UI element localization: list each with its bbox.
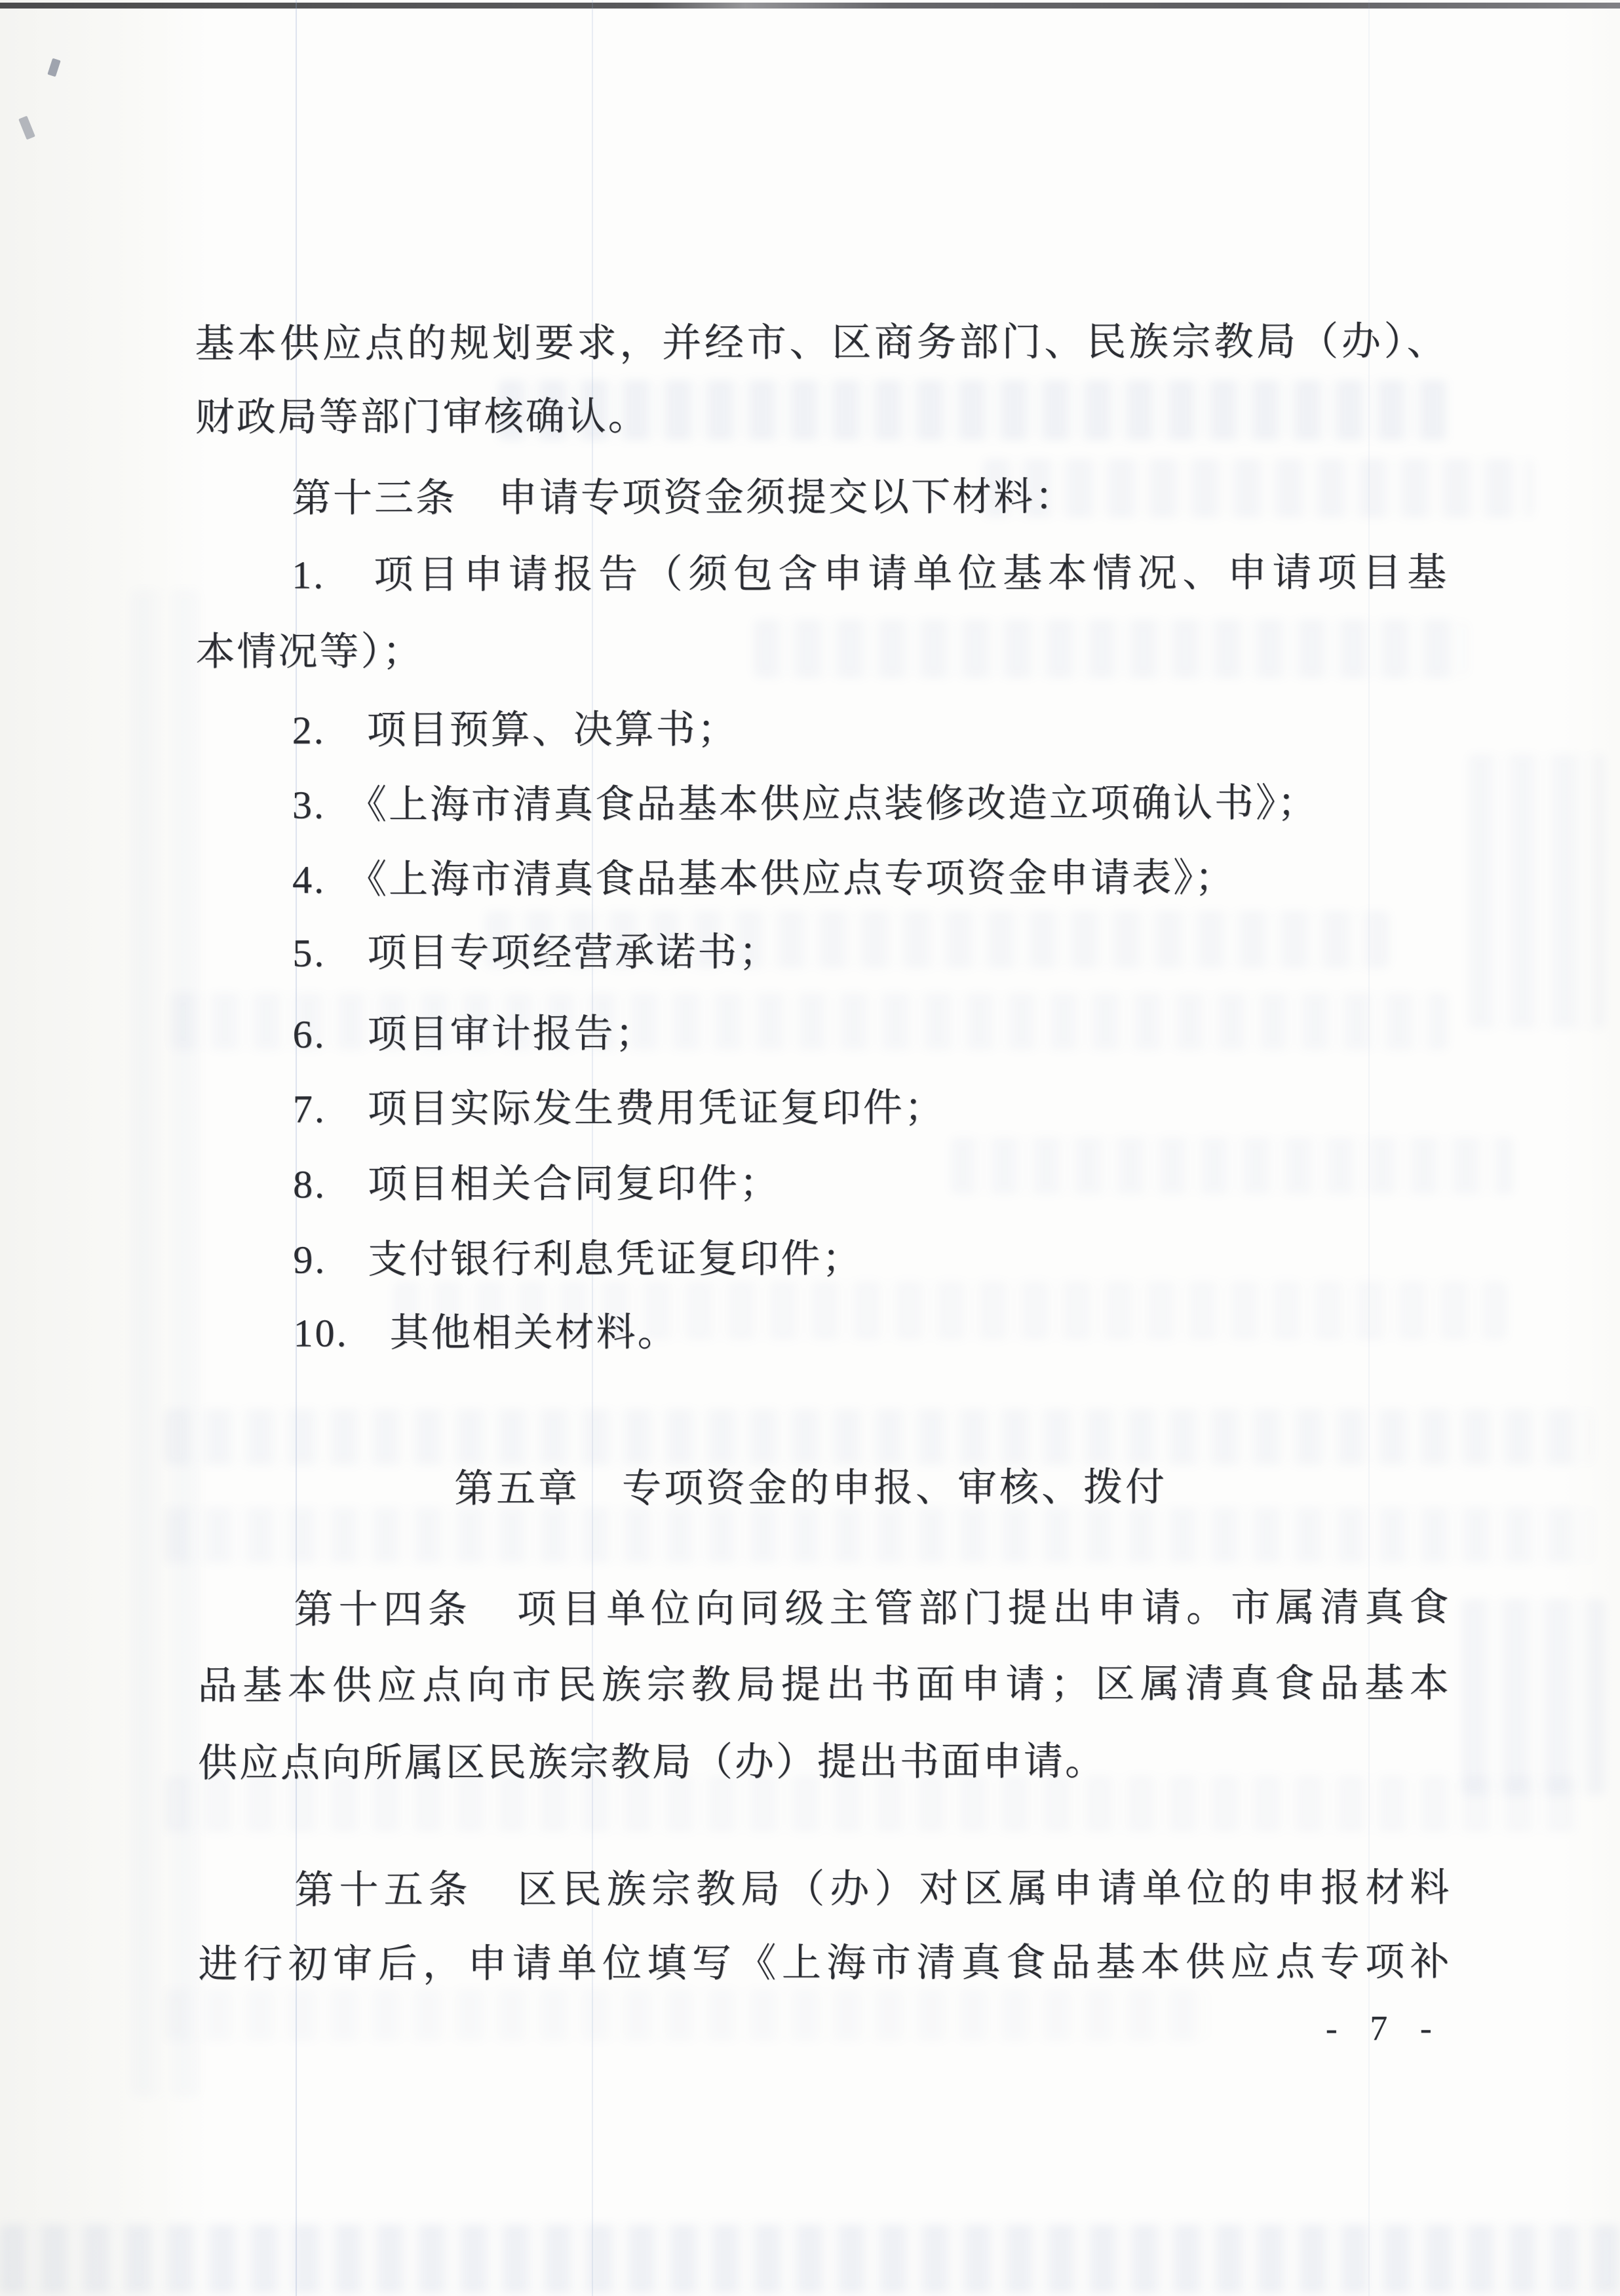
list-item-1-line-2: 本情况等）；: [195, 628, 423, 675]
intro-paragraph-line-2: 财政局等部门审核确认。: [195, 394, 649, 440]
article-14-line-3: 供应点向所属区民族宗教局（办）提出书面申请。: [198, 1738, 1106, 1786]
article-15-line-1: 第十五条 区民族宗教局（办）对区属申请单位的申报材料: [294, 1865, 1451, 1913]
article-14-line-2: 品基本供应点向市民族宗教局提出书面申请；区属清真食品基本: [198, 1660, 1451, 1709]
list-item-7: 7. 项目实际发生费用凭证复印件；: [293, 1085, 946, 1132]
article-13-heading: 第十三条 申请专项资金须提交以下材料：: [292, 474, 1076, 522]
list-item-3: 3. 《上海市清真食品基本供应点装修改造立项确认书》；: [292, 780, 1319, 828]
chapter-5-heading: 第五章 专项资金的申报、审核、拨付: [1, 1463, 1620, 1512]
list-item-10: 10. 其他相关材料。: [294, 1309, 679, 1356]
list-item-5: 5. 项目专项经营承诺书；: [292, 929, 780, 976]
text-layer: 基本供应点的规划要求，并经市、区商务部门、民族宗教局（办）、 财政局等部门审核确…: [0, 0, 1620, 2296]
article-14-line-1: 第十四条 项目单位向同级主管部门提出申请。市属清真食: [294, 1584, 1450, 1633]
intro-paragraph-line-1: 基本供应点的规划要求，并经市、区商务部门、民族宗教局（办）、: [195, 318, 1448, 367]
list-item-1-line-1: 1. 项目申请报告（须包含申请单位基本情况、申请项目基: [292, 550, 1448, 598]
list-item-2: 2. 项目预算、决算书；: [292, 706, 739, 753]
article-15-line-2: 进行初审后，申请单位填写《上海市清真食品基本供应点专项补: [199, 1939, 1452, 1987]
page-number: - 7 -: [1326, 2005, 1444, 2051]
list-item-8: 8. 项目相关合同复印件；: [293, 1160, 781, 1208]
list-item-4: 4. 《上海市清真食品基本供应点专项资金申请表》；: [292, 855, 1236, 903]
list-item-6: 6. 项目审计报告；: [293, 1010, 657, 1057]
list-item-9: 9. 支付银行利息凭证复印件；: [293, 1236, 863, 1283]
scanned-document-page: 基本供应点的规划要求，并经市、区商务部门、民族宗教局（办）、 财政局等部门审核确…: [0, 0, 1620, 2296]
